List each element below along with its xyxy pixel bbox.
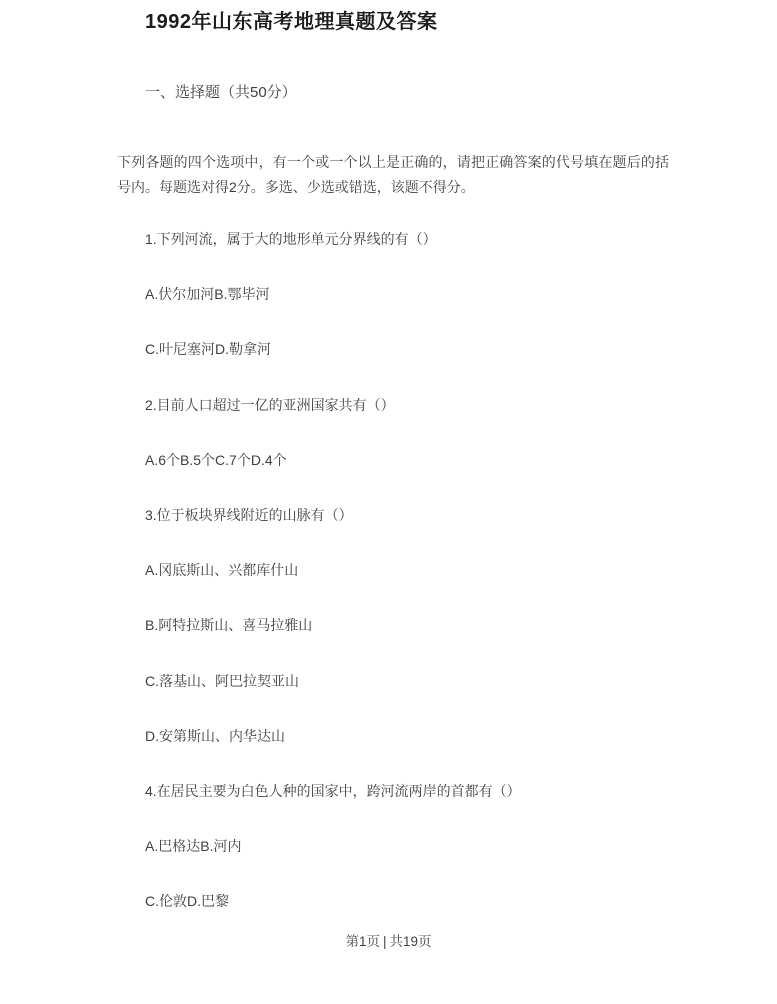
question-3-option-b: B.阿特拉斯山、喜马拉雅山 — [145, 613, 312, 638]
total-pages-label: 共19页 — [390, 934, 432, 949]
question-1-option-ab: A.伏尔加河B.鄂毕河 — [145, 282, 269, 307]
question-1-text: 1.下列河流，属于大的地形单元分界线的有（） — [145, 227, 437, 252]
question-2-text: 2.目前人口超过一亿的亚洲国家共有（） — [145, 393, 395, 418]
question-3-option-d: D.安第斯山、内华达山 — [145, 724, 285, 749]
question-3-option-c: C.落基山、阿巴拉契亚山 — [145, 669, 299, 694]
current-page-label: 第1页 — [345, 934, 380, 949]
question-4-option-cd: C.伦敦D.巴黎 — [145, 889, 229, 914]
page-footer: 第1页|共19页 — [0, 932, 777, 952]
exam-instructions: 下列各题的四个选项中，有一个或一个以上是正确的，请把正确答案的代号填在题后的括号… — [117, 150, 669, 200]
question-3-option-a: A.冈底斯山、兴都库什山 — [145, 558, 298, 583]
question-1-option-cd: C.叶尼塞河D.勒拿河 — [145, 337, 271, 362]
question-3-text: 3.位于板块界线附近的山脉有（） — [145, 503, 353, 528]
document-title: 1992年山东高考地理真题及答案 — [145, 9, 438, 35]
question-4-option-ab: A.巴格达B.河内 — [145, 834, 241, 859]
footer-separator: | — [383, 934, 387, 949]
question-4-text: 4.在居民主要为白色人种的国家中，跨河流两岸的首都有（） — [145, 779, 521, 804]
question-2-option-abcd: A.6个B.5个C.7个D.4个 — [145, 448, 287, 473]
section-heading: 一、选择题（共50分） — [145, 80, 297, 105]
exam-document-page: 1992年山东高考地理真题及答案 一、选择题（共50分） 下列各题的四个选项中，… — [0, 0, 777, 1004]
